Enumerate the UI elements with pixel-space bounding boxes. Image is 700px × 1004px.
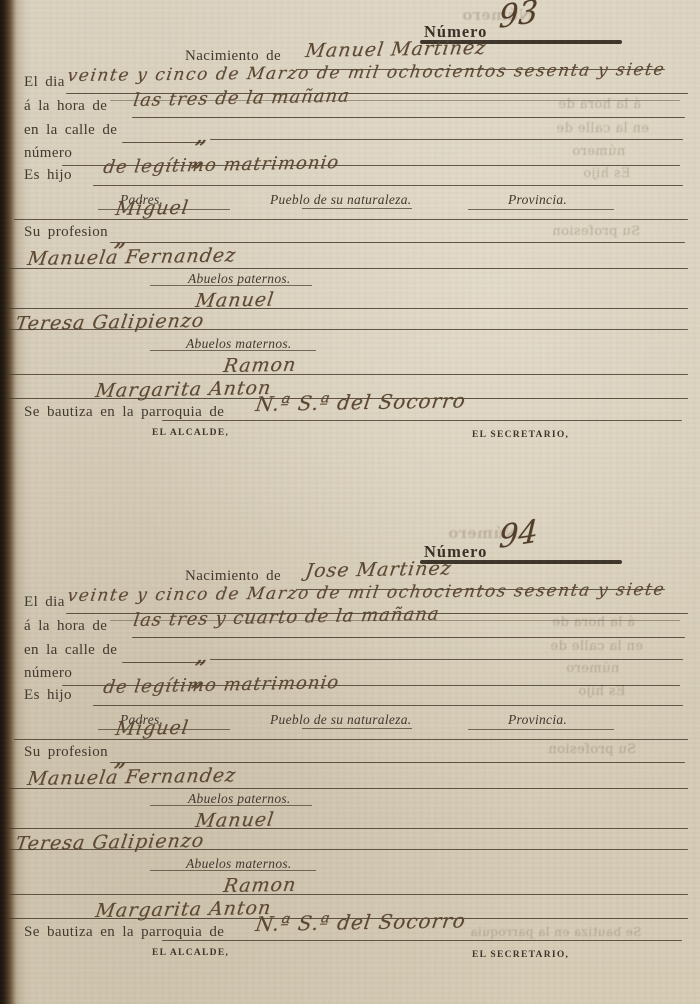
es-hijo-label: Es hijo [24, 167, 72, 184]
form-line [8, 308, 688, 309]
alcalde-label: EL ALCALDE, [152, 948, 229, 958]
form-line [122, 142, 204, 143]
form-line [8, 374, 688, 375]
es-hijo-label: Es hijo [24, 687, 72, 704]
numero-handwritten-value: 94 [498, 513, 539, 556]
calle-label: en la calle de [24, 642, 117, 659]
nacimiento-label: Nacimiento de [185, 568, 281, 585]
hora-label: á la hora de [24, 98, 107, 115]
pueblo-header: Pueblo de su naturaleza. [270, 192, 411, 208]
form-line [110, 762, 685, 763]
nacimiento-label: Nacimiento de [185, 48, 281, 65]
profesion-label: Su profesion [24, 744, 108, 761]
form-line [8, 828, 688, 829]
form-line [14, 739, 688, 740]
hora-label: á la hora de [24, 618, 107, 635]
father-name-handwritten: Miguel [114, 197, 190, 220]
header-underline [150, 870, 316, 871]
provincia-header: Provincia. [508, 192, 567, 208]
provincia-header: Provincia. [508, 712, 567, 728]
form-line [14, 219, 688, 220]
birth-time-handwritten: las tres de la mañana [132, 85, 351, 111]
header-underline [302, 728, 412, 729]
paternal-grandmother-handwritten: Teresa Galipienzo [14, 310, 206, 335]
header-underline [150, 350, 316, 351]
secretario-label: EL SECRETARIO, [472, 430, 569, 440]
legitimacy-handwritten: de legítimo matrimonio [102, 672, 341, 698]
header-underline [150, 285, 312, 286]
numero-calle-label: número [24, 145, 72, 162]
birth-time-handwritten: las tres y cuarto de la mañana [132, 604, 441, 631]
child-name-handwritten: Jose Martinez [304, 557, 453, 582]
form-line [132, 637, 685, 638]
secretario-label: EL SECRETARIO, [472, 950, 569, 960]
parish-handwritten: N.ª S.ª del Socorro [254, 388, 468, 416]
form-line [93, 705, 683, 706]
form-line [8, 788, 688, 789]
numero-calle-label: número [24, 665, 72, 682]
legitimacy-handwritten: de legítimo matrimonio [102, 152, 341, 178]
bautiza-label: Se bautiza en la parroquia de [24, 404, 224, 421]
profesion-label: Su profesion [24, 224, 108, 241]
father-name-handwritten: Miguel [114, 717, 190, 740]
form-line [132, 117, 685, 118]
header-underline [468, 209, 614, 210]
form-line [93, 185, 683, 186]
numero-handwritten-value: 93 [498, 0, 539, 36]
calle-ditto-mark: „ [194, 124, 211, 148]
registry-page: Número á la hora de en la calle de númer… [0, 0, 700, 1004]
form-line [8, 894, 688, 895]
header-underline [302, 208, 412, 209]
alcalde-label: EL ALCALDE, [152, 428, 229, 438]
header-underline [150, 805, 312, 806]
birth-date-handwritten: veinte y cinco de Marzo de mil ochocient… [66, 60, 667, 86]
calle-label: en la calle de [24, 122, 117, 139]
parish-handwritten: N.ª S.ª del Socorro [254, 908, 468, 936]
form-line [122, 662, 204, 663]
mother-name-handwritten: Manuela Fernandez [26, 244, 238, 270]
form-line [162, 940, 682, 941]
form-line [162, 420, 682, 421]
child-name-handwritten: Manuel Martinez [304, 37, 488, 62]
calle-ditto-mark: „ [194, 644, 211, 668]
paternal-grandmother-handwritten: Teresa Galipienzo [14, 830, 206, 855]
form-line [210, 139, 683, 140]
form-line [8, 268, 688, 269]
dia-label: El dia [24, 74, 65, 91]
form-line [210, 659, 683, 660]
dia-label: El dia [24, 594, 65, 611]
birth-date-handwritten: veinte y cinco de Marzo de mil ochocient… [66, 580, 667, 606]
header-underline [468, 729, 614, 730]
birth-record-93: Número 93 Nacimiento de Manuel Martinez … [0, 8, 700, 458]
pueblo-header: Pueblo de su naturaleza. [270, 712, 411, 728]
form-line [110, 242, 685, 243]
bautiza-label: Se bautiza en la parroquia de [24, 924, 224, 941]
mother-name-handwritten: Manuela Fernandez [26, 764, 238, 790]
birth-record-94: Número 94 Nacimiento de Jose Martinez El… [0, 528, 700, 978]
